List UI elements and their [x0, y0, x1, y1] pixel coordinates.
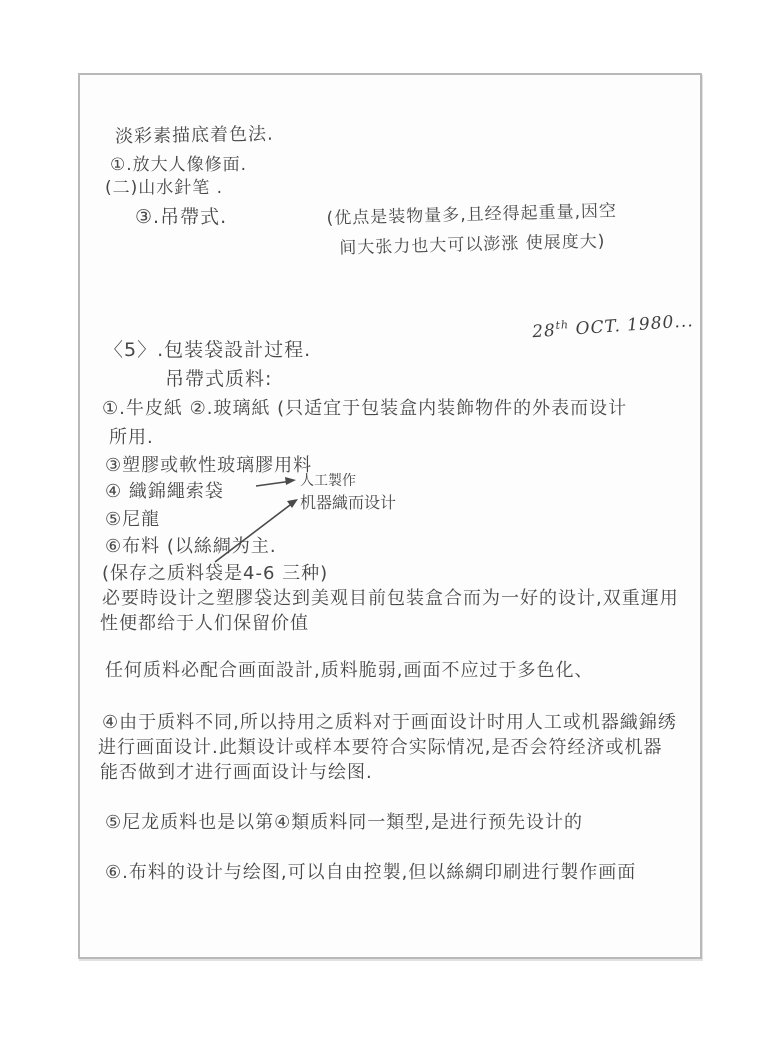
date-rest: OCT. 1980... — [569, 311, 695, 340]
paragraph-5-line-1: ⑥.布料的设计与绘图,可以自由控製,但以絲綢印刷进行製作画面 — [105, 862, 636, 884]
material-line-3: ④ 織錦繩索袋 — [105, 481, 224, 503]
note-item-1: ①.放大人像修面. — [110, 155, 247, 175]
paragraph-1-line-2: 性便都给于人们保留价值 — [100, 613, 309, 635]
aside-note: (优点是装物量多,且经得起重量,因空 间大张力也大可以澎涨 使展度大) — [326, 201, 618, 259]
material-line-2: ③塑膠或軟性玻璃膠用料 — [105, 455, 312, 477]
aside-line-1: (优点是装物量多,且经得起重量,因空 — [326, 201, 617, 229]
material-line-5: ⑥布料 (以絲綢为主. — [105, 536, 277, 558]
paragraph-3-line-1: ④由于质料不同,所以持用之质料对于画面设计时用人工或机器織錦绣 — [102, 712, 677, 734]
annotation-machine-woven: 机器織而设计 — [300, 493, 396, 512]
scan-background: 淡彩素描底着色法. ①.放大人像修面. (二)山水針笔 . ③.吊帶式. (优点… — [0, 0, 778, 1037]
paragraph-4-line-1: ⑤尼龙质料也是以第④類质料同一類型,是进行预先设计的 — [105, 812, 583, 834]
material-line-1: ①.牛皮紙 ②.玻璃紙 (只适宜于包装盒内装飾物件的外表而设计 — [102, 398, 627, 420]
paragraph-2-line-1: 任何质料必配合画面設計,质料脆弱,画面不应过于多色化、 — [105, 660, 593, 682]
annotation-handmade: 人工製作 — [300, 473, 356, 490]
section-subheading: 吊帶式质料: — [165, 368, 272, 391]
paragraph-3-line-3: 能否做到才进行画面设计与绘图. — [100, 762, 373, 784]
note-item-3: ③.吊帶式. — [135, 206, 227, 229]
date-day: 28 — [532, 321, 557, 343]
note-item-2: (二)山水針笔 . — [105, 178, 223, 198]
date-ordinal: th — [555, 318, 569, 332]
paragraph-3-line-2: 进行画面设计.此類设计或样本要符合实际情况,是否会符经济或机器 — [98, 737, 662, 759]
scanned-page: 淡彩素描底着色法. ①.放大人像修面. (二)山水針笔 . ③.吊帶式. (优点… — [78, 73, 702, 959]
date: 28th OCT. 1980... — [531, 309, 694, 342]
note-title: 淡彩素描底着色法. — [115, 124, 274, 148]
paragraph-1-line-1: 必要時设计之塑膠袋达到美观目前包装盒合而为一好的设计,双重運用 — [102, 588, 679, 610]
aside-line-2: 间大张力也大可以澎涨 使展度大) — [339, 232, 618, 260]
material-line-4: ⑤尼龍 — [105, 509, 160, 531]
section-heading: 〈5〉.包装袋設計过程. — [104, 339, 311, 362]
material-line-1b: 所用. — [109, 427, 154, 449]
material-line-6: (保存之质料袋是4-6 三种) — [102, 563, 328, 585]
